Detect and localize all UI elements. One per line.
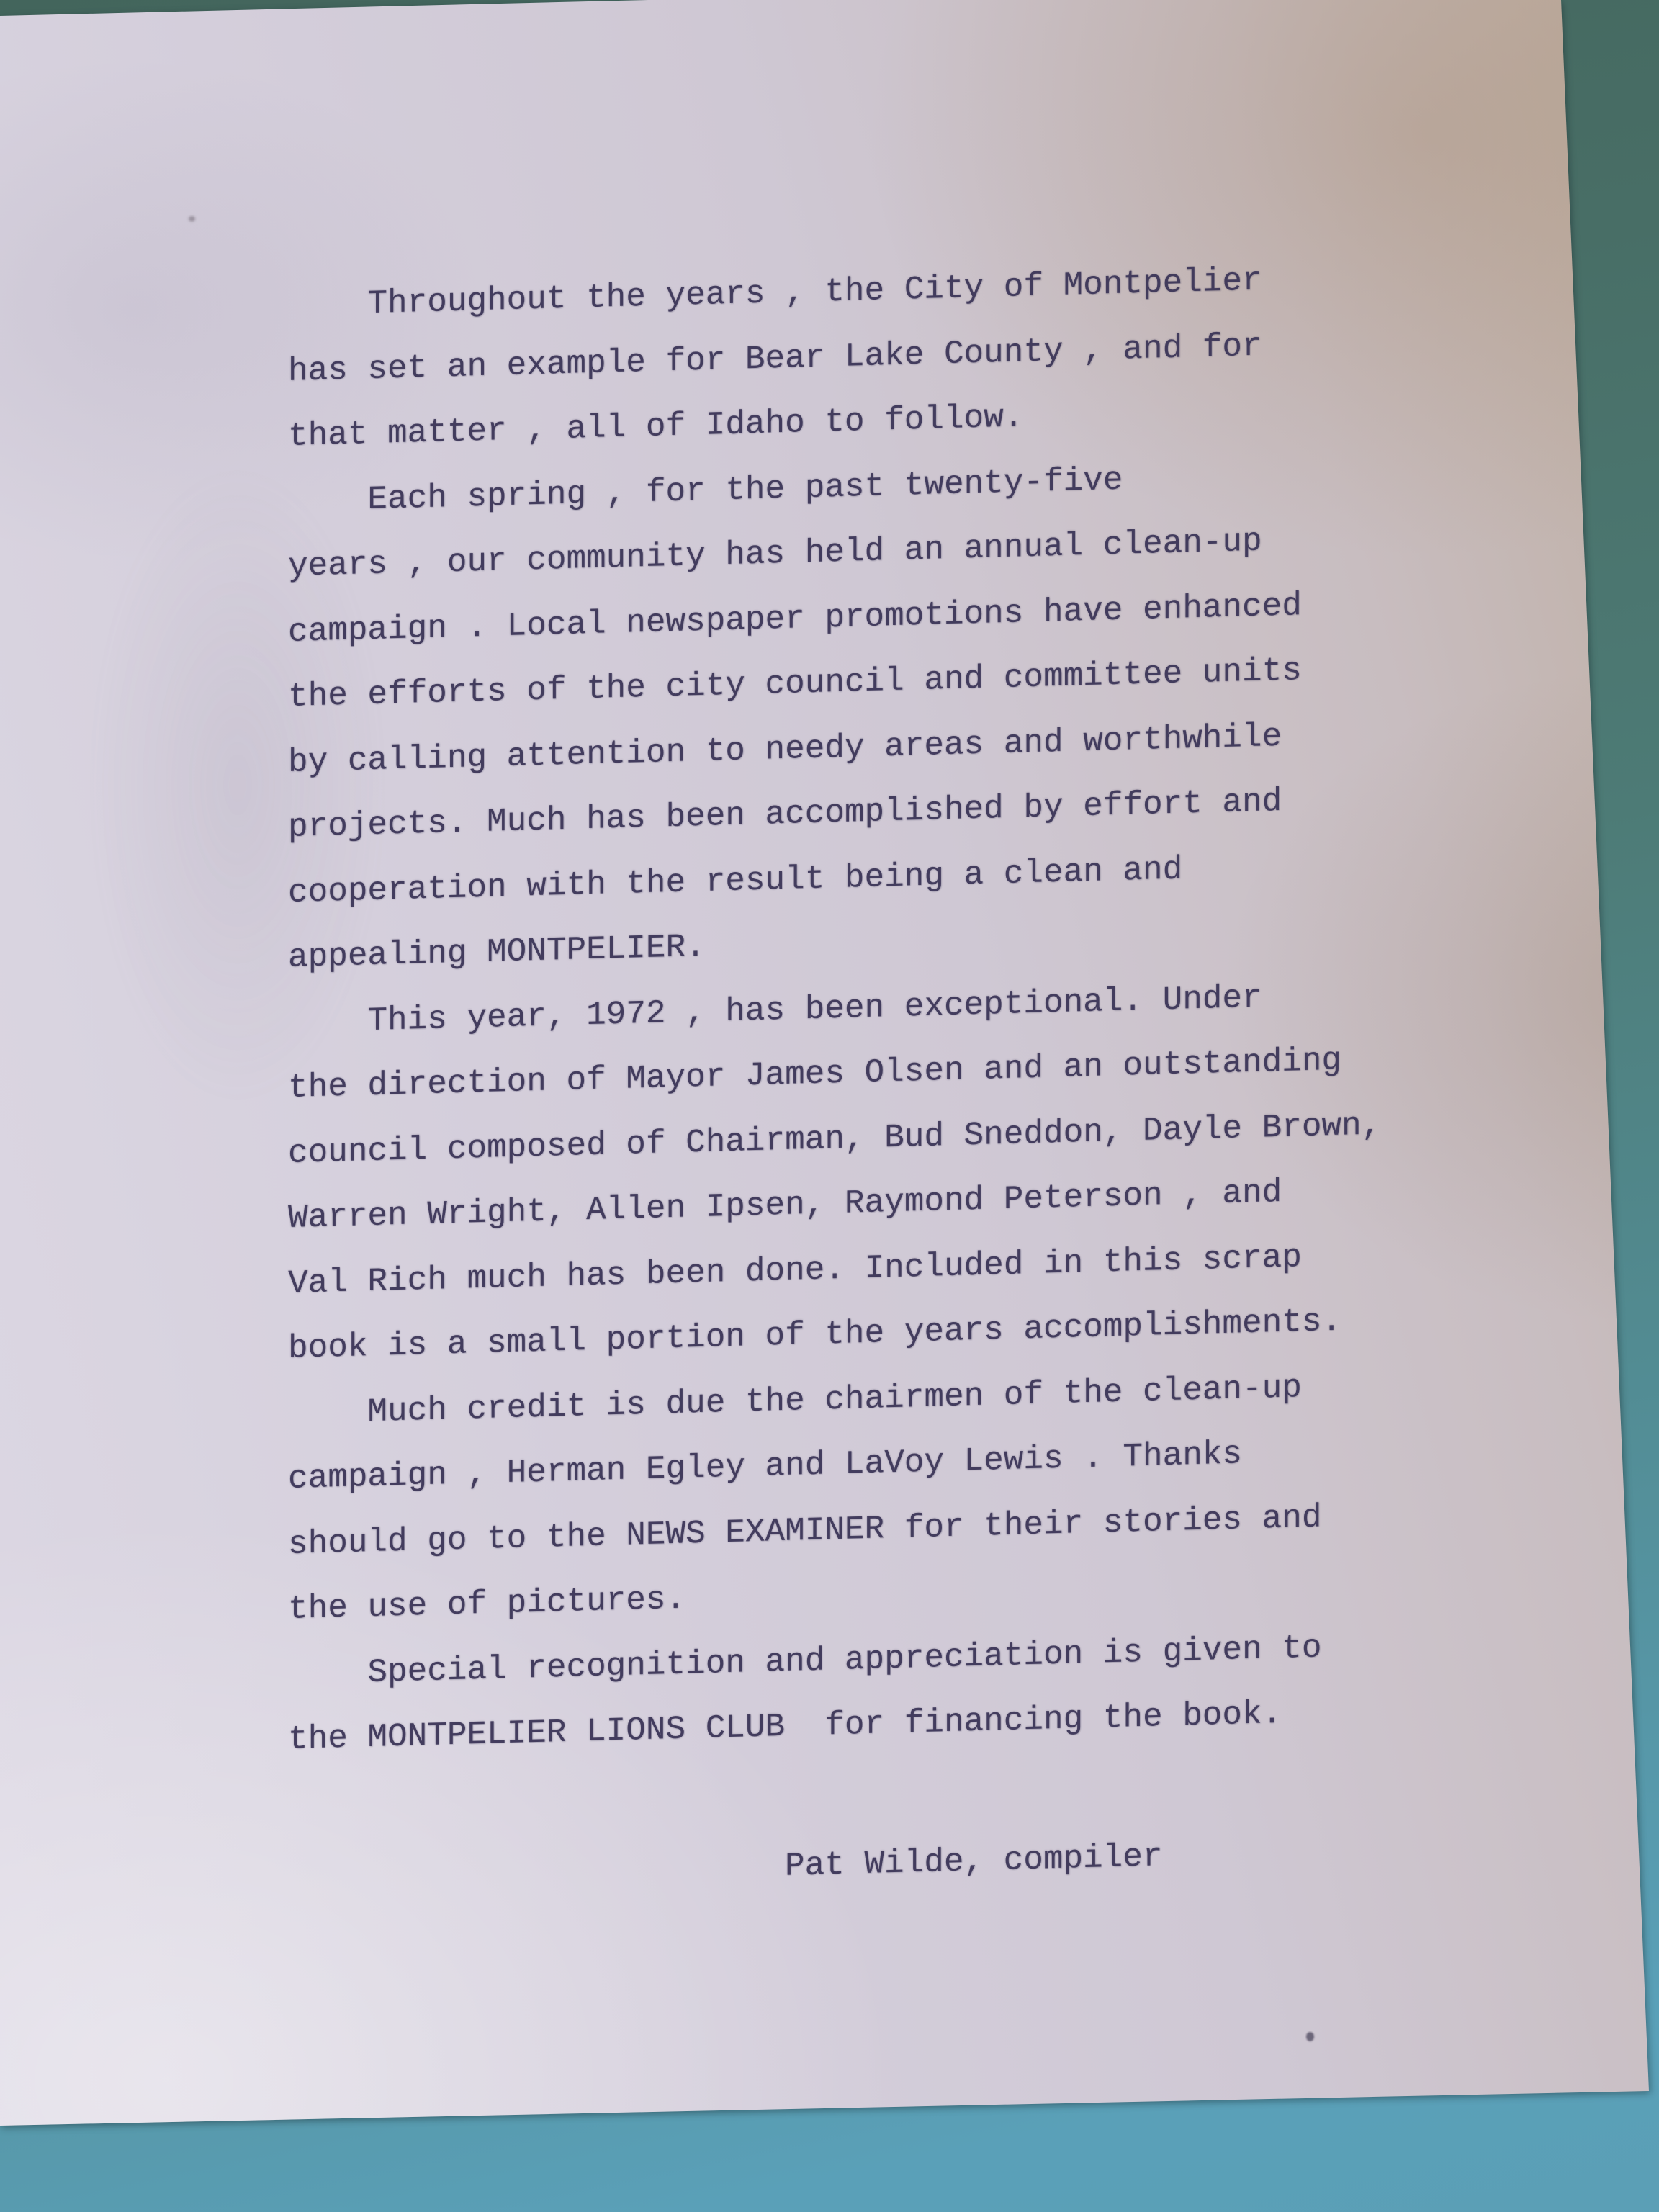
ink-speck [189,216,195,222]
document-page: Throughout the years , the City of Montp… [0,0,1659,2212]
signature-line: Pat Wilde, compiler [785,1824,1163,1899]
text-layer: Throughout the years , the City of Montp… [288,241,1512,1772]
paper-shadow-wrap: Throughout the years , the City of Montp… [0,0,1659,2212]
photo-background: Throughout the years , the City of Montp… [0,0,1659,2212]
ink-speck [1306,2032,1314,2041]
